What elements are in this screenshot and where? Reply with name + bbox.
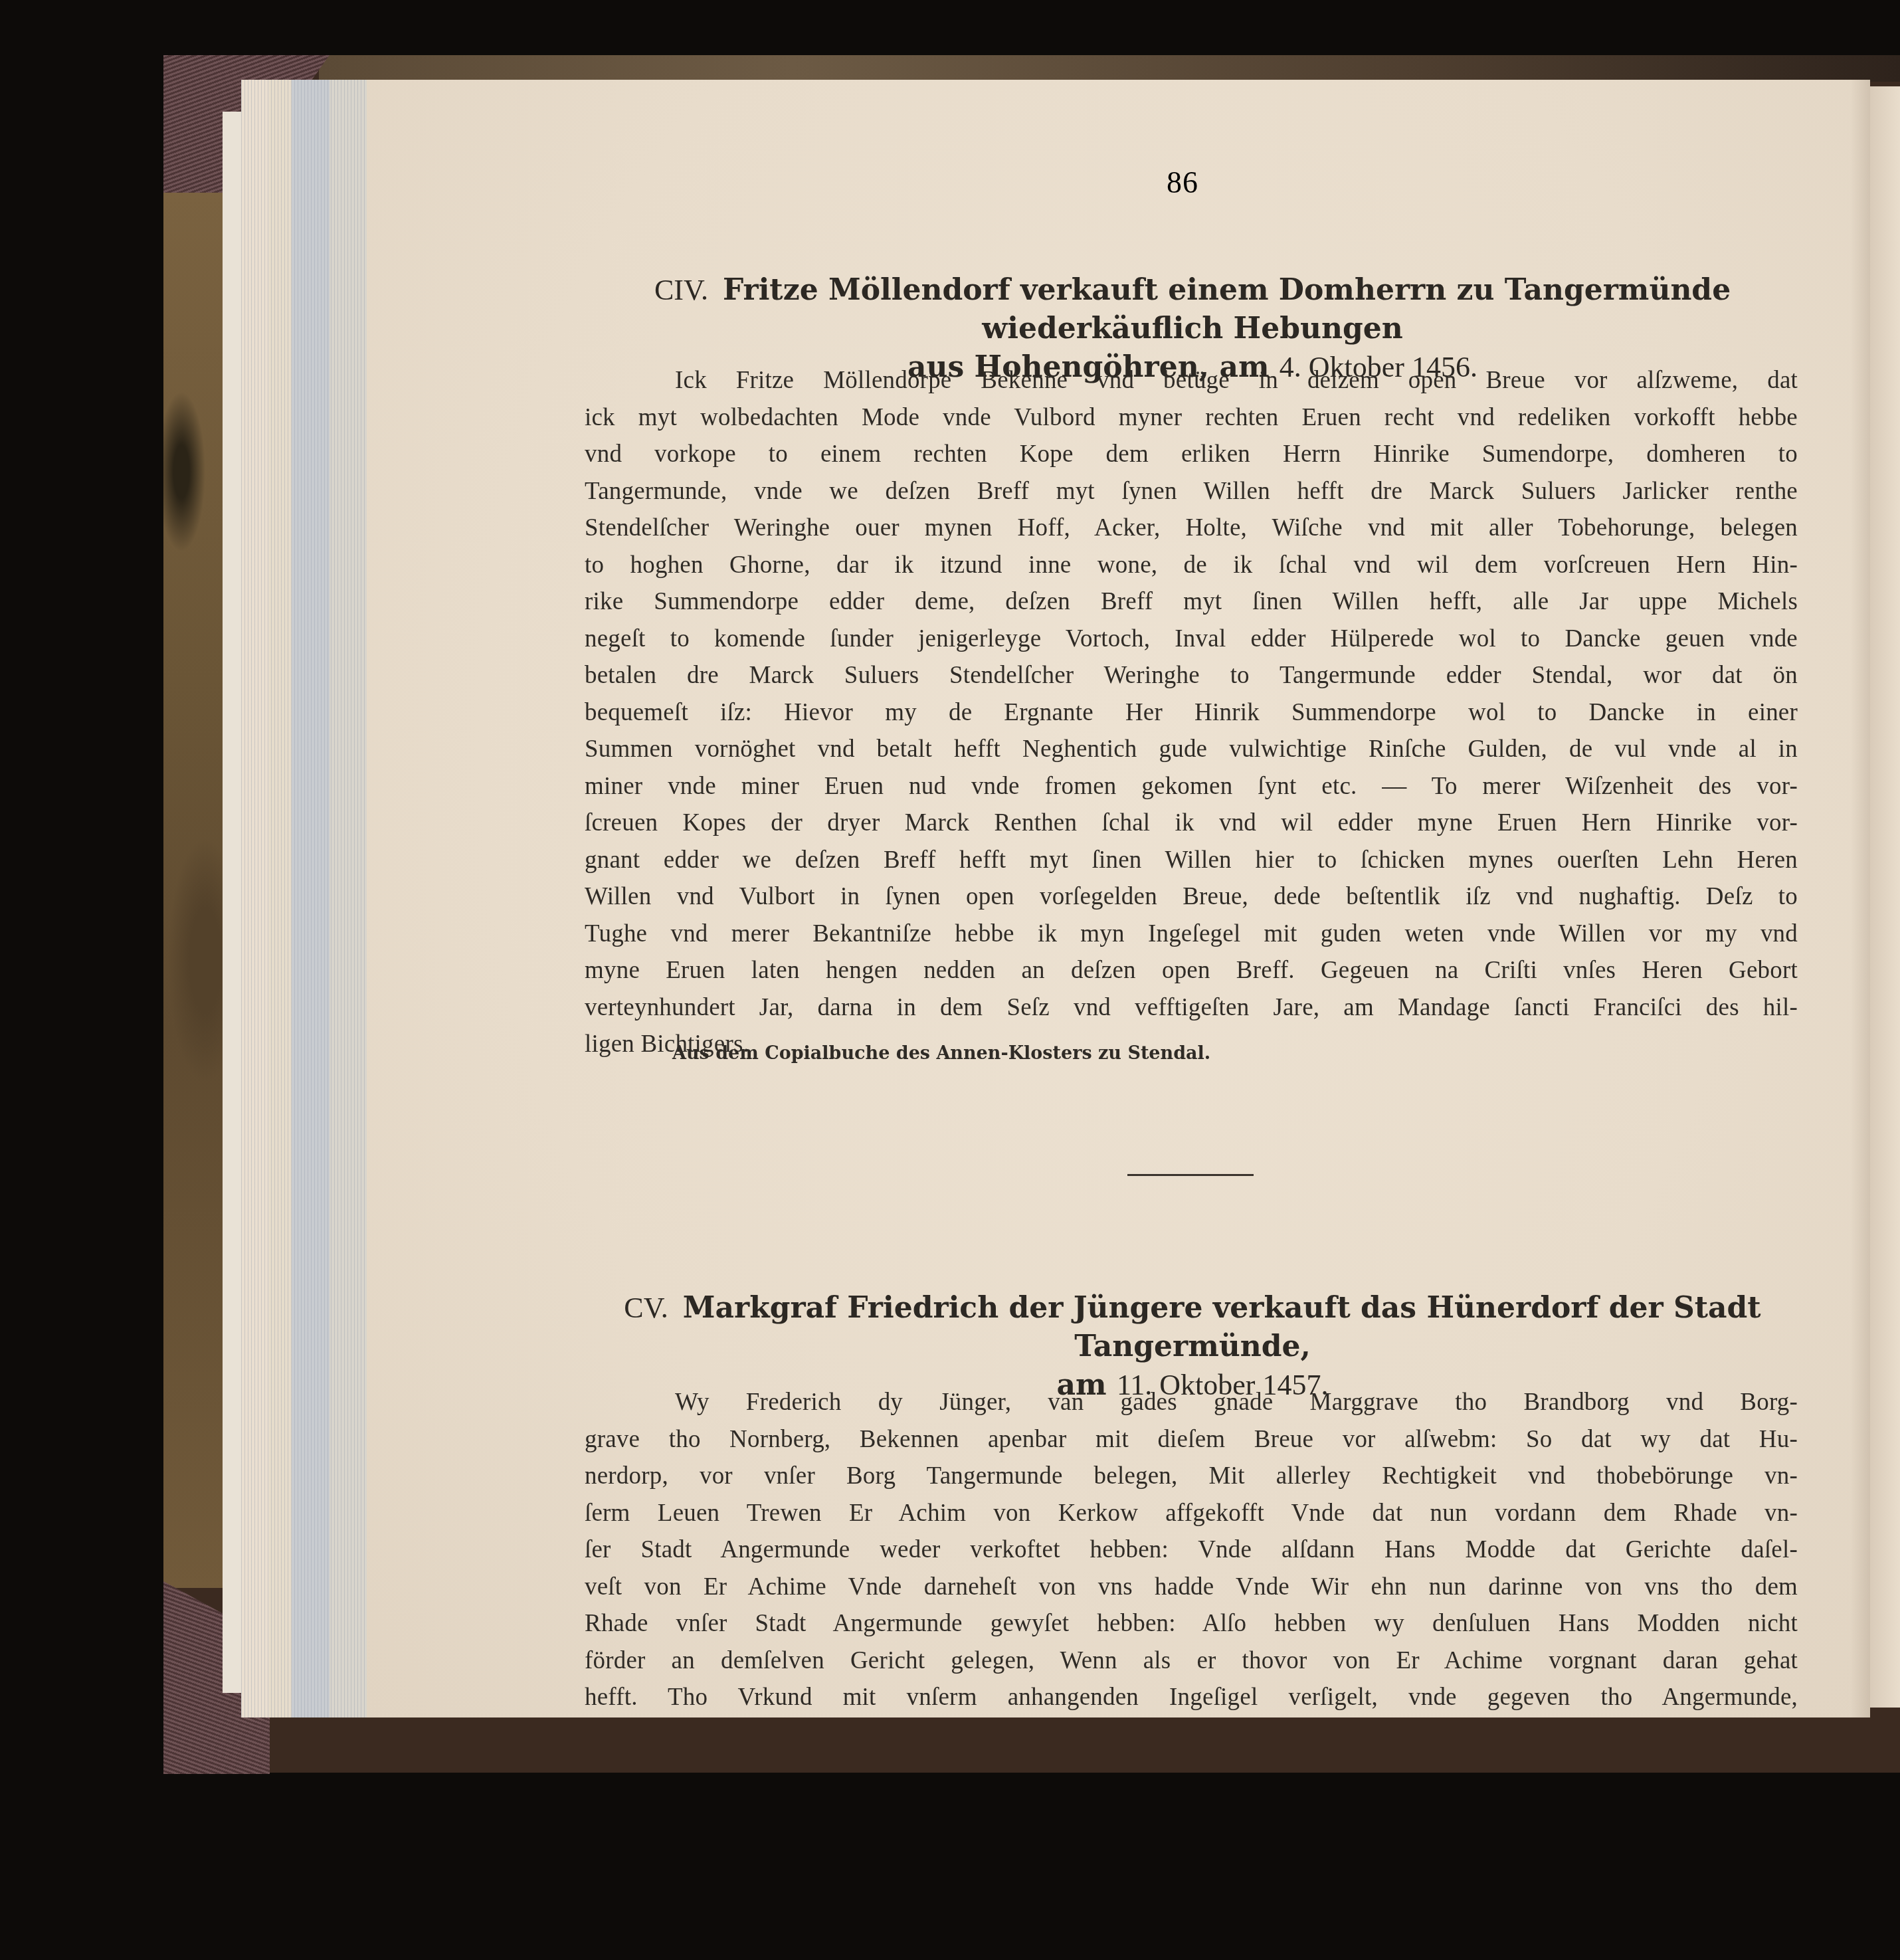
text-line: miner vnde miner Eruen nud vnde fromen g… xyxy=(585,768,1798,805)
text-line: Summen vornöghet vnd betalt hefft Neghen… xyxy=(585,731,1798,768)
text-line: Ick Fritze Möllendorpe Bekenne vnd betüg… xyxy=(585,362,1798,399)
text-line: betalen dre Marck Suluers Stendelſcher W… xyxy=(585,657,1798,694)
text-line: negeſt to komende ſunder jenigerleyge Vo… xyxy=(585,621,1798,658)
text-line: grave tho Nornberg, Bekennen apenbar mit… xyxy=(585,1421,1798,1458)
book-photo: 86 CIV.Fritze Möllendorf verkauft einem … xyxy=(0,0,1900,1960)
page-stack-edges xyxy=(241,80,367,1717)
text-line: ſerm Leuen Trewen Er Achim von Kerkow af… xyxy=(585,1495,1798,1532)
text-line: rike Summendorpe edder deme, deſzen Bref… xyxy=(585,583,1798,621)
facing-page-edge xyxy=(1870,86,1900,1708)
text-line: vnd vorkope to einem rechten Kope dem er… xyxy=(585,436,1798,473)
document-body-civ: Ick Fritze Möllendorpe Bekenne vnd betüg… xyxy=(585,362,1798,1063)
flyleaf xyxy=(223,112,242,1693)
text-line: to hoghen Ghorne, dar ik itzund inne won… xyxy=(585,547,1798,584)
text-line: bequemeſt iſz: Hievor my de Ergnante Her… xyxy=(585,694,1798,732)
text-line: veſt von Er Achime Vnde darneheſt von vn… xyxy=(585,1569,1798,1606)
text-line: Tughe vnd merer Bekantniſze hebbe ik myn… xyxy=(585,916,1798,953)
marbled-cover-paper xyxy=(163,193,223,1588)
text-line: nerdorp, vor vnſer Borg Tangermunde bele… xyxy=(585,1458,1798,1495)
document-number: CV. xyxy=(624,1292,668,1324)
heading-line-1: CIV.Fritze Möllendorf verkauft einem Dom… xyxy=(585,271,1800,348)
text-line: Stendelſcher Weringhe ouer mynen Hoff, A… xyxy=(585,510,1798,547)
text-line: Willen vnd Vulbort in ſynen open vorſege… xyxy=(585,878,1798,916)
source-citation: Aus dem Copialbuche des Annen-Klosters z… xyxy=(672,1043,1210,1064)
text-line: Wy Frederich dy Jünger, van gades gnade … xyxy=(585,1384,1798,1421)
text-line: hefft. Tho Vrkund mit vnſerm anhangenden… xyxy=(585,1679,1798,1716)
document-number: CIV. xyxy=(654,274,708,306)
text-line: förder an demſelven Gericht gelegen, Wen… xyxy=(585,1642,1798,1680)
text-line: ſcreuen Kopes der dryer Marck Renthen ſc… xyxy=(585,805,1798,842)
text-line: ick myt wolbedachten Mode vnde Vulbord m… xyxy=(585,399,1798,437)
heading-title: Fritze Möllendorf verkauft einem Domherr… xyxy=(723,273,1731,345)
text-line: Rhade vnſer Stadt Angermunde gewyſet heb… xyxy=(585,1605,1798,1642)
text-line: gnant edder we deſzen Breff hefft myt ſi… xyxy=(585,842,1798,879)
page-number: 86 xyxy=(585,165,1780,200)
text-line: verteynhundert Jar, darna in dem Seſz vn… xyxy=(585,989,1798,1027)
text-line: Tangermunde, vnde we deſzen Breff myt ſy… xyxy=(585,473,1798,510)
document-body-cv: Wy Frederich dy Jünger, van gades gnade … xyxy=(585,1384,1798,1716)
text-line: myne Eruen laten hengen nedden an deſzen… xyxy=(585,952,1798,989)
heading-title: Markgraf Friedrich der Jüngere verkauft … xyxy=(683,1291,1761,1363)
cover-top-edge xyxy=(319,55,1900,82)
section-divider xyxy=(1127,1174,1254,1176)
text-line: ſer Stadt Angermunde weder verkoftet heb… xyxy=(585,1531,1798,1569)
heading-line-1: CV.Markgraf Friedrich der Jüngere verkau… xyxy=(585,1289,1800,1366)
